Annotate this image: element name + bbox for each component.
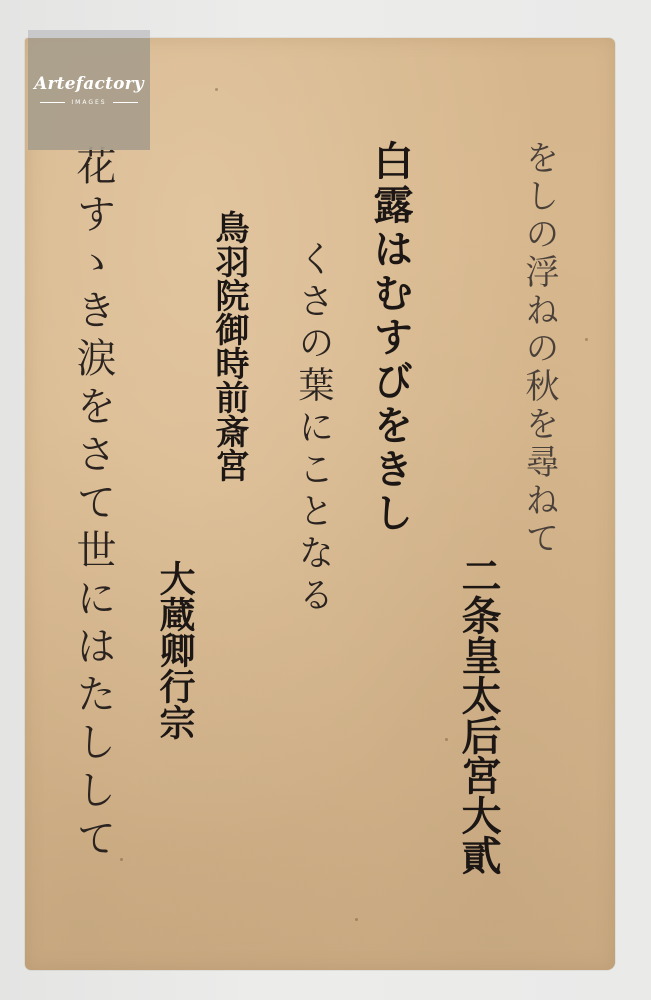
divider xyxy=(113,102,138,103)
poem-column-4: くさの葉にことなる xyxy=(288,240,339,618)
paper-speck xyxy=(355,918,358,921)
paper-speck xyxy=(445,738,448,741)
watermark-title: Artefactory xyxy=(28,74,150,94)
poem-column-7: 花すゝき涙をさて世にはたしして xyxy=(65,145,122,865)
poem-column-3: 白露はむすびをきし xyxy=(362,140,419,536)
divider xyxy=(40,102,65,103)
paper-speck xyxy=(215,88,218,91)
author-column-okura: 大蔵卿行宗 xyxy=(150,560,201,740)
watermark-logo: Artefactory IMAGES xyxy=(28,30,150,150)
heading-column-toba: 鳥羽院御時前斎宮 xyxy=(205,210,254,482)
author-column-nijo: 二条皇太后宮大貳 xyxy=(450,555,507,875)
watermark-subtitle-row: IMAGES xyxy=(28,99,150,106)
watermark-subtitle: IMAGES xyxy=(71,99,106,106)
paper-speck xyxy=(585,338,588,341)
poem-column-1: をしの浮ねの秋を尋ねて xyxy=(515,140,564,558)
